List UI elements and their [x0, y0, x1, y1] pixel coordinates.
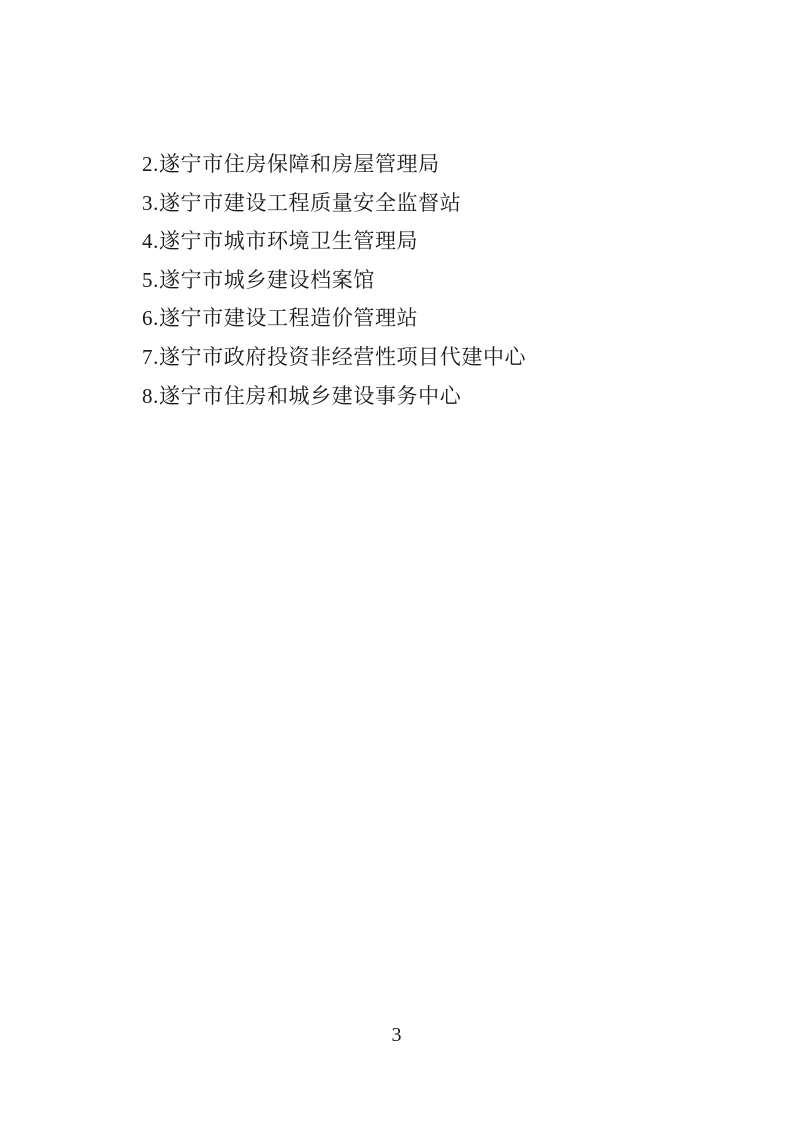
- list-item: 2.遂宁市住房保障和房屋管理局: [142, 145, 733, 184]
- list-item: 8.遂宁市住房和城乡建设事务中心: [142, 377, 733, 416]
- list-item: 4.遂宁市城市环境卫生管理局: [142, 222, 733, 261]
- page-footer: 3: [0, 1023, 793, 1047]
- page-number: 3: [392, 1024, 402, 1046]
- list-item: 5.遂宁市城乡建设档案馆: [142, 261, 733, 300]
- list-item: 7.遂宁市政府投资非经营性项目代建中心: [142, 338, 733, 377]
- document-page: 2.遂宁市住房保障和房屋管理局 3.遂宁市建设工程质量安全监督站 4.遂宁市城市…: [0, 0, 793, 1122]
- list-item: 3.遂宁市建设工程质量安全监督站: [142, 184, 733, 223]
- numbered-list: 2.遂宁市住房保障和房屋管理局 3.遂宁市建设工程质量安全监督站 4.遂宁市城市…: [142, 145, 733, 415]
- list-item: 6.遂宁市建设工程造价管理站: [142, 299, 733, 338]
